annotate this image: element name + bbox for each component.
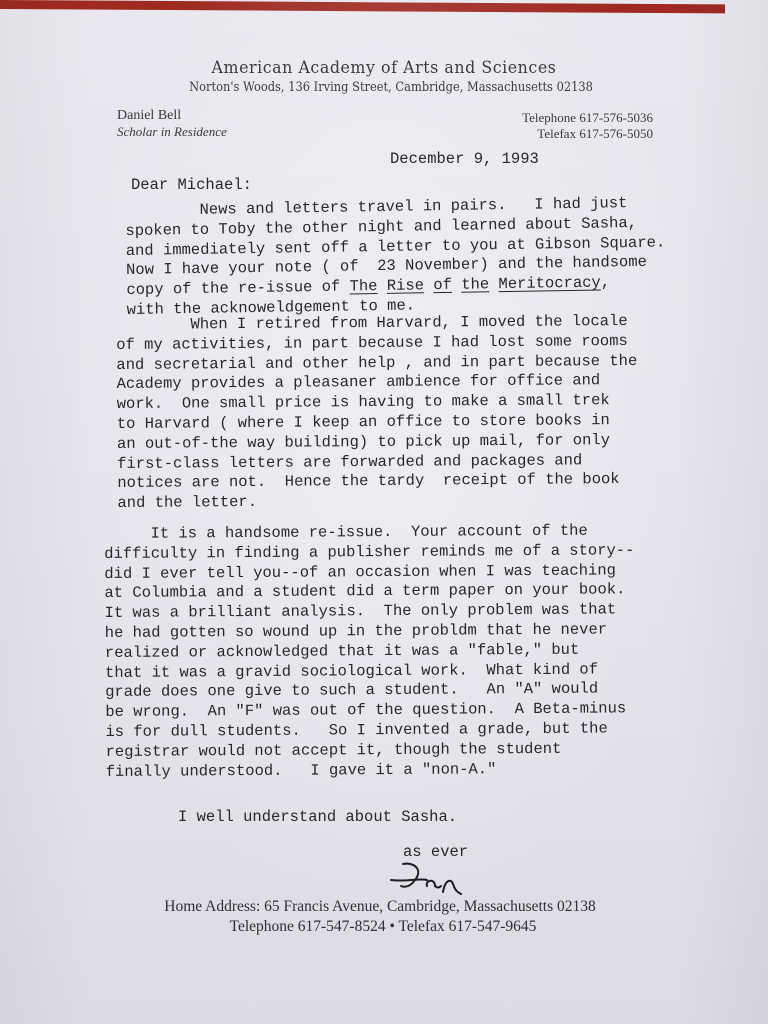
organization-name: American Academy of Arts and Sciences (27, 58, 741, 78)
red-folder-edge (0, 0, 725, 13)
paragraph-line: and the letter. (117, 490, 638, 514)
telefax: Telefax 617-576-5050 (522, 126, 653, 142)
book-title-word: of (433, 276, 452, 294)
paragraph-line: finally understood. I gave it a "non-A." (106, 759, 636, 782)
sender-block: Daniel Bell Scholar in Residence (117, 108, 227, 140)
paragraph-1: News and letters travel in pairs. I had … (125, 194, 666, 321)
letter-date: December 9, 1993 (390, 150, 539, 170)
closing-line: I well understand about Sasha. (178, 808, 457, 828)
paragraph-line: registrar would not accept it, though th… (106, 739, 636, 762)
book-title-word: The (349, 277, 377, 295)
sender-name: Daniel Bell (117, 108, 227, 124)
home-contact: Telephone 617-547-8524 • Telefax 617-547… (0, 918, 767, 936)
book-title: The Rise of the Meritocracy (349, 274, 600, 296)
book-title-word: the (461, 275, 489, 293)
signature-dan (385, 858, 485, 898)
telephone: Telephone 617-576-5036 (522, 110, 653, 126)
sender-title: Scholar in Residence (117, 124, 227, 140)
paper-shading (0, 0, 768, 1024)
paragraph-3: It is a handsome re-issue. Your account … (104, 521, 636, 782)
home-address: Home Address: 65 Francis Avenue, Cambrid… (0, 898, 764, 916)
salutation: Dear Michael: (131, 176, 252, 196)
contact-block: Telephone 617-576-5036 Telefax 617-576-5… (522, 110, 653, 142)
organization-address: Norton's Woods, 136 Irving Street, Cambr… (53, 80, 729, 95)
book-title-word: Meritocracy (498, 274, 601, 294)
book-title-word: Rise (387, 277, 424, 296)
paragraph-2: When I retired from Harvard, I moved the… (116, 312, 638, 514)
